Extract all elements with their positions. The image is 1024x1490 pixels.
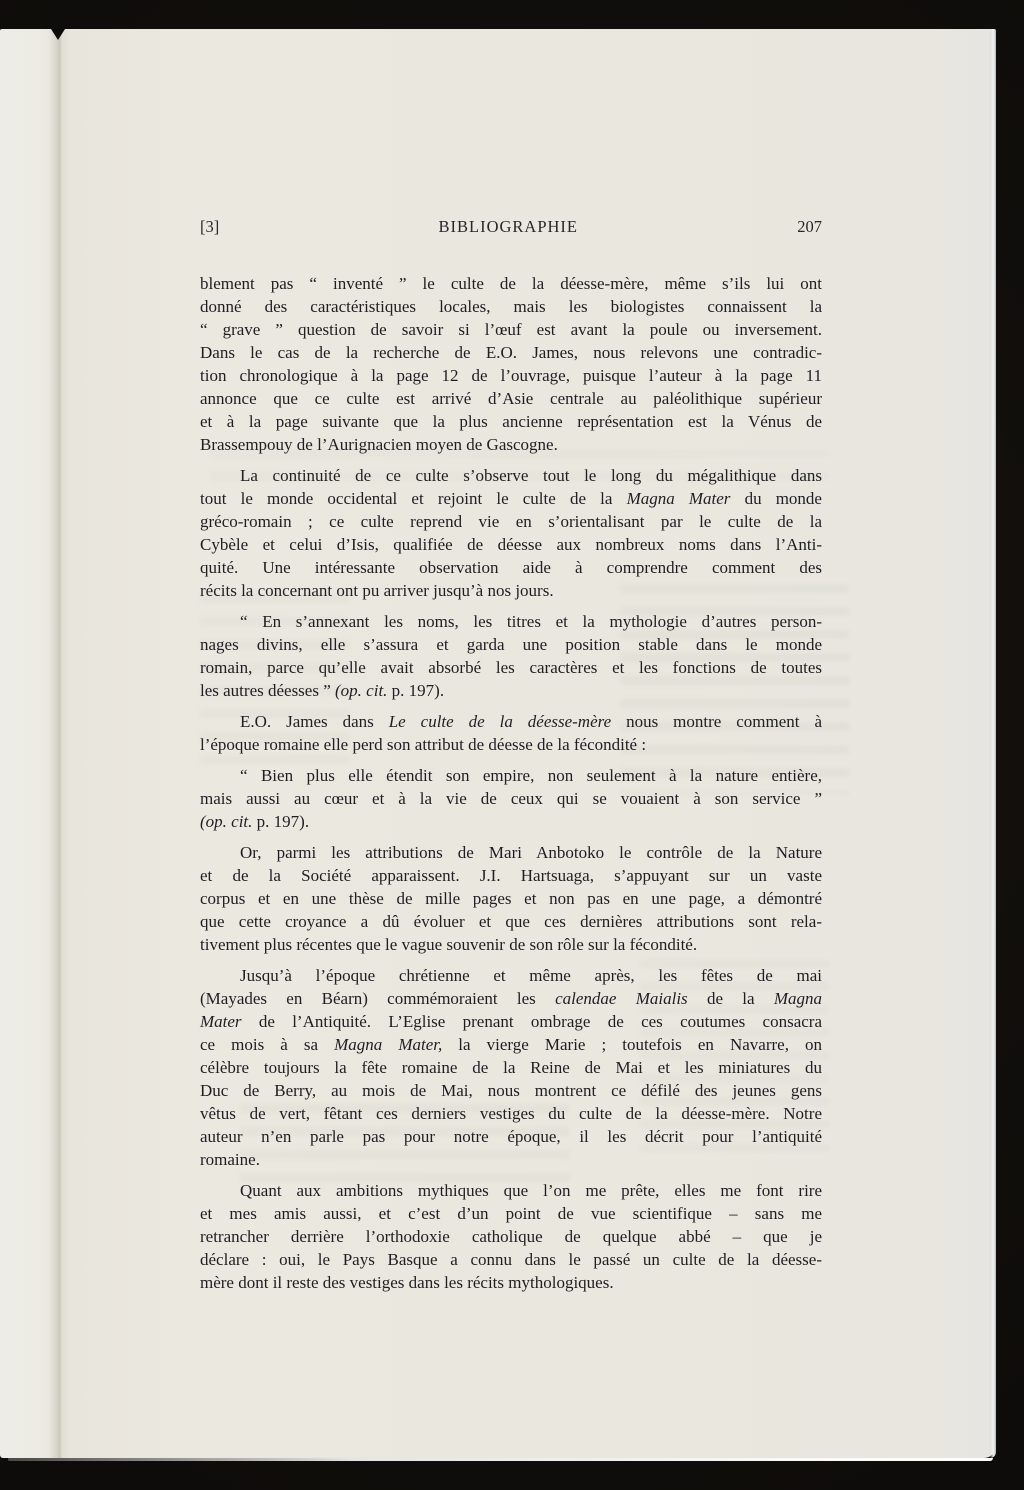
body-text: blement pas “ inventé ” le culte de la d… [200,272,822,1294]
text-line: romain, parce qu’elle avait absorbé les … [200,656,822,679]
text-line: mère dont il reste des vestiges dans les… [200,1271,822,1294]
text-line: Mater de l’Antiquité. L’Eglise prenant o… [200,1010,822,1033]
text-line: romaine. [200,1148,822,1171]
text-line: les autres déesses ” (op. cit. p. 197). [200,679,822,702]
text-line: l’époque romaine elle perd son attribut … [200,733,822,756]
book-page: [3] BIBLIOGRAPHIE 207 blement pas “ inve… [0,29,996,1458]
text-line: La continuité de ce culte s’observe tout… [200,464,822,487]
page-header: [3] BIBLIOGRAPHIE 207 [200,217,822,237]
text-line: Or, parmi les attributions de Mari Anbot… [200,841,822,864]
text-line: ce mois à sa Magna Mater, la vierge Mari… [200,1033,822,1056]
book-gutter-crease [48,29,70,1458]
text-line: auteur n’en parle pas pour notre époque,… [200,1125,822,1148]
paragraph: Or, parmi les attributions de Mari Anbot… [200,841,822,956]
text-line: et à la page suivante que la plus ancien… [200,410,822,433]
text-line: annonce que ce culte est arrivé d’Asie c… [200,387,822,410]
text-line: (Mayades en Béarn) commémoraient les cal… [200,987,822,1010]
paragraph: Quant aux ambitions mythiques que l’on m… [200,1179,822,1294]
text-line: célèbre toujours la fête romaine de la R… [200,1056,822,1079]
text-line: déclare : oui, le Pays Basque a connu da… [200,1248,822,1271]
text-line: et mes amis aussi, et c’est d’un point d… [200,1202,822,1225]
text-line: récits la concernant ont pu arriver jusq… [200,579,822,602]
page-edge [990,29,996,1458]
text-line: donné des caractéristiques locales, mais… [200,295,822,318]
text-line: tion chronologique à la page 12 de l’ouv… [200,364,822,387]
paragraph: blement pas “ inventé ” le culte de la d… [200,272,822,456]
text-line: que cette croyance a dû évoluer et que c… [200,910,822,933]
text-line: Jusqu’à l’époque chrétienne et même aprè… [200,964,822,987]
paragraph: Jusqu’à l’époque chrétienne et même aprè… [200,964,822,1171]
text-line: (op. cit. p. 197). [200,810,822,833]
text-line: Quant aux ambitions mythiques que l’on m… [200,1179,822,1202]
text-line: tout le monde occidental et rejoint le c… [200,487,822,510]
text-line: blement pas “ inventé ” le culte de la d… [200,272,822,295]
text-line: quité. Une intéressante observation aide… [200,556,822,579]
text-line: retrancher derrière l’orthodoxie catholi… [200,1225,822,1248]
text-line: vêtus de vert, fêtant ces derniers vesti… [200,1102,822,1125]
text-line: Cybèle et celui d’Isis, qualifiée de dée… [200,533,822,556]
text-line: Duc de Berry, au mois de Mai, nous montr… [200,1079,822,1102]
text-line: “ En s’annexant les noms, les titres et … [200,610,822,633]
page-number: 207 [797,217,822,237]
paragraph: “ En s’annexant les noms, les titres et … [200,610,822,702]
text-line: “ Bien plus elle étendit son empire, non… [200,764,822,787]
paragraph: La continuité de ce culte s’observe tout… [200,464,822,602]
margin-section-number: [3] [200,217,219,237]
text-line: tivement plus récentes que le vague souv… [200,933,822,956]
running-title: BIBLIOGRAPHIE [439,217,579,237]
text-line: et de la Société apparaissent. J.I. Hart… [200,864,822,887]
text-line: corpus et en une thèse de mille pages et… [200,887,822,910]
text-line: Brassempouy de l’Aurignacien moyen de Ga… [200,433,822,456]
paragraph: “ Bien plus elle étendit son empire, non… [200,764,822,833]
text-line: mais aussi au cœur et à la vie de ceux q… [200,787,822,810]
text-line: gréco-romain ; ce culte reprend vie en s… [200,510,822,533]
text-line: nages divins, elle s’assura et garda une… [200,633,822,656]
text-line: E.O. James dans Le culte de la déesse-mè… [200,710,822,733]
paragraph: E.O. James dans Le culte de la déesse-mè… [200,710,822,756]
gutter-notch [51,29,65,40]
text-line: Dans le cas de la recherche de E.O. Jame… [200,341,822,364]
text-line: “ grave ” question de savoir si l’œuf es… [200,318,822,341]
